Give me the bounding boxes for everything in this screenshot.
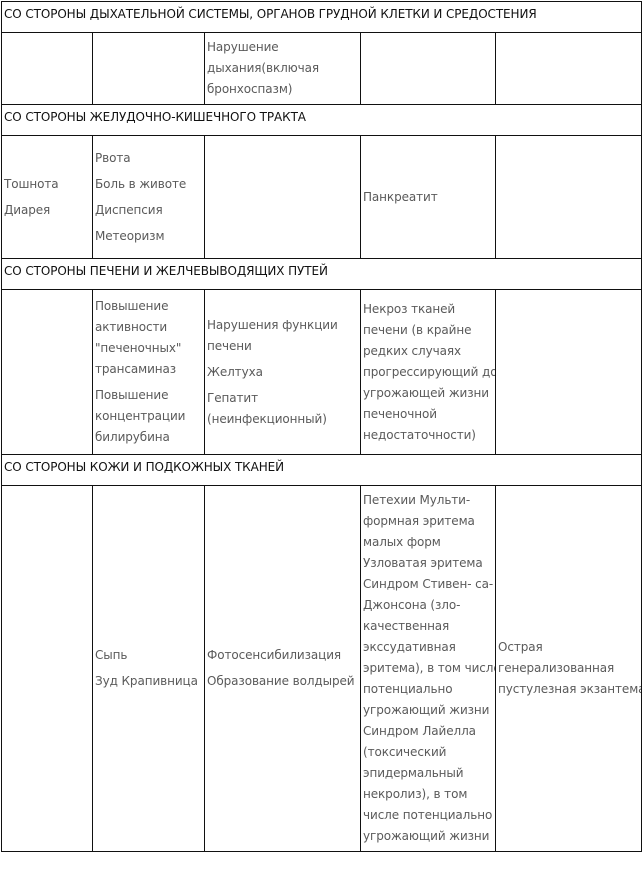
text-line: формная эритема <box>363 511 495 532</box>
table-cell: СыпьЗуд Крапивница <box>93 486 205 852</box>
table-cell: Панкреатит <box>361 136 496 259</box>
text-line: качественная <box>363 616 495 637</box>
list-item: Сыпь <box>95 645 204 666</box>
text-line: угрожающий жизни <box>363 826 495 847</box>
text-line: Синдром Стивен- са- <box>363 574 495 595</box>
text-line: некролиз), в том <box>363 784 495 805</box>
text-line: (неинфекционный) <box>207 409 360 430</box>
table-cell <box>496 136 642 259</box>
section-header-row-skin: СО СТОРОНЫ КОЖИ И ПОДКОЖНЫХ ТКАНЕЙ <box>2 455 642 486</box>
section-header-row-respiratory: СО СТОРОНЫ ДЫХАТЕЛЬНОЙ СИСТЕМЫ, ОРГАНОВ … <box>2 2 642 33</box>
table-row: Повышениеактивности"печеночных"трансамин… <box>2 290 642 455</box>
list-item: Остраягенерализованнаяпустулезная экзант… <box>498 637 641 700</box>
list-item: Повышениеконцентрациибилирубина <box>95 385 204 448</box>
list-item: Рвота <box>95 148 204 169</box>
text-line: прогрессирующий до <box>363 362 495 383</box>
text-line: Сыпь <box>95 645 204 666</box>
adverse-reactions-table: СО СТОРОНЫ ДЫХАТЕЛЬНОЙ СИСТЕМЫ, ОРГАНОВ … <box>1 1 642 852</box>
text-line: Фотосенсибилизация <box>207 645 360 666</box>
text-line: генерализованная <box>498 658 641 679</box>
list-item: Диспепсия <box>95 200 204 221</box>
section-title: СО СТОРОНЫ ПЕЧЕНИ И ЖЕЛЧЕВЫВОДЯЩИХ ПУТЕЙ <box>2 259 642 290</box>
list-item: Зуд Крапивница <box>95 671 204 692</box>
table-cell <box>496 33 642 105</box>
text-line: Метеоризм <box>95 226 204 247</box>
list-item: Фотосенсибилизация <box>207 645 360 666</box>
table-cell: РвотаБоль в животеДиспепсияМетеоризм <box>93 136 205 259</box>
table-row: СыпьЗуд КрапивницаФотосенсибилизацияОбра… <box>2 486 642 852</box>
list-item: Образование волдырей <box>207 671 360 692</box>
text-line: угрожающей жизни <box>363 383 495 404</box>
text-line: Диспепсия <box>95 200 204 221</box>
list-item: Панкреатит <box>363 187 495 208</box>
text-line: Гепатит <box>207 388 360 409</box>
text-line: Некроз тканей <box>363 299 495 320</box>
text-line: Рвота <box>95 148 204 169</box>
text-line: (токсический <box>363 742 495 763</box>
table-cell: Некроз тканейпечени (в крайнередких случ… <box>361 290 496 455</box>
section-header-row-gastrointestinal: СО СТОРОНЫ ЖЕЛУДОЧНО-КИШЕЧНОГО ТРАКТА <box>2 105 642 136</box>
text-line: дыхания(включая <box>207 58 360 79</box>
text-line: Узловатая эритема <box>363 553 495 574</box>
text-line: экссудативная <box>363 637 495 658</box>
table-cell <box>361 33 496 105</box>
section-title: СО СТОРОНЫ ДЫХАТЕЛЬНОЙ СИСТЕМЫ, ОРГАНОВ … <box>2 2 642 33</box>
text-line: Повышение <box>95 385 204 406</box>
text-line: Панкреатит <box>363 187 495 208</box>
text-line: Диарея <box>4 200 92 221</box>
table-cell <box>2 290 93 455</box>
text-line: билирубина <box>95 427 204 448</box>
table-cell <box>205 136 361 259</box>
text-line: Желтуха <box>207 362 360 383</box>
table-body: СО СТОРОНЫ ДЫХАТЕЛЬНОЙ СИСТЕМЫ, ОРГАНОВ … <box>2 2 642 852</box>
text-line: Зуд Крапивница <box>95 671 204 692</box>
text-line: Боль в животе <box>95 174 204 195</box>
text-line: Острая <box>498 637 641 658</box>
table-cell: Нарушениедыхания(включаябронхоспазм) <box>205 33 361 105</box>
list-item: Желтуха <box>207 362 360 383</box>
table-cell <box>2 33 93 105</box>
text-line: активности <box>95 317 204 338</box>
text-line: "печеночных" <box>95 338 204 359</box>
list-item: Диарея <box>4 200 92 221</box>
table-cell <box>496 290 642 455</box>
text-line: Повышение <box>95 296 204 317</box>
table-cell: Остраягенерализованнаяпустулезная экзант… <box>496 486 642 852</box>
text-line: эритема), в том числе <box>363 658 495 679</box>
text-line: недостаточности) <box>363 425 495 446</box>
text-line: Тошнота <box>4 174 92 195</box>
list-item: Нарушения функциипечени <box>207 315 360 357</box>
table-cell: Повышениеактивности"печеночных"трансамин… <box>93 290 205 455</box>
text-line: угрожающий жизни <box>363 700 495 721</box>
text-line: концентрации <box>95 406 204 427</box>
table-cell <box>2 486 93 852</box>
list-item: Нарушениедыхания(включаябронхоспазм) <box>207 37 360 100</box>
text-line: пустулезная экзантема <box>498 679 641 700</box>
text-line: Синдром Лайелла <box>363 721 495 742</box>
text-line: трансаминаз <box>95 359 204 380</box>
text-line: печени <box>207 336 360 357</box>
text-line: печени (в крайне <box>363 320 495 341</box>
text-line: числе потенциально <box>363 805 495 826</box>
list-item: Повышениеактивности"печеночных"трансамин… <box>95 296 204 380</box>
table-cell <box>93 33 205 105</box>
text-line: бронхоспазм) <box>207 79 360 100</box>
list-item: Петехии Мульти-формная эритемамалых форм… <box>363 490 495 847</box>
list-item: Метеоризм <box>95 226 204 247</box>
list-item: Гепатит(неинфекционный) <box>207 388 360 430</box>
table-cell: Петехии Мульти-формная эритемамалых форм… <box>361 486 496 852</box>
section-title: СО СТОРОНЫ ЖЕЛУДОЧНО-КИШЕЧНОГО ТРАКТА <box>2 105 642 136</box>
text-line: Нарушение <box>207 37 360 58</box>
text-line: потенциально <box>363 679 495 700</box>
table-cell: ФотосенсибилизацияОбразование волдырей <box>205 486 361 852</box>
text-line: Петехии Мульти- <box>363 490 495 511</box>
text-line: эпидермальный <box>363 763 495 784</box>
text-line: Джонсона (зло- <box>363 595 495 616</box>
table-row: Нарушениедыхания(включаябронхоспазм) <box>2 33 642 105</box>
text-line: малых форм <box>363 532 495 553</box>
text-line: печеночной <box>363 404 495 425</box>
list-item: Боль в животе <box>95 174 204 195</box>
text-line: редких случаях <box>363 341 495 362</box>
list-item: Некроз тканейпечени (в крайнередких случ… <box>363 299 495 446</box>
section-header-row-hepatobiliary: СО СТОРОНЫ ПЕЧЕНИ И ЖЕЛЧЕВЫВОДЯЩИХ ПУТЕЙ <box>2 259 642 290</box>
section-title: СО СТОРОНЫ КОЖИ И ПОДКОЖНЫХ ТКАНЕЙ <box>2 455 642 486</box>
text-line: Образование волдырей <box>207 671 360 692</box>
table-row: ТошнотаДиареяРвотаБоль в животеДиспепсия… <box>2 136 642 259</box>
list-item: Тошнота <box>4 174 92 195</box>
table-cell: Нарушения функциипечениЖелтухаГепатит(не… <box>205 290 361 455</box>
text-line: Нарушения функции <box>207 315 360 336</box>
table-cell: ТошнотаДиарея <box>2 136 93 259</box>
